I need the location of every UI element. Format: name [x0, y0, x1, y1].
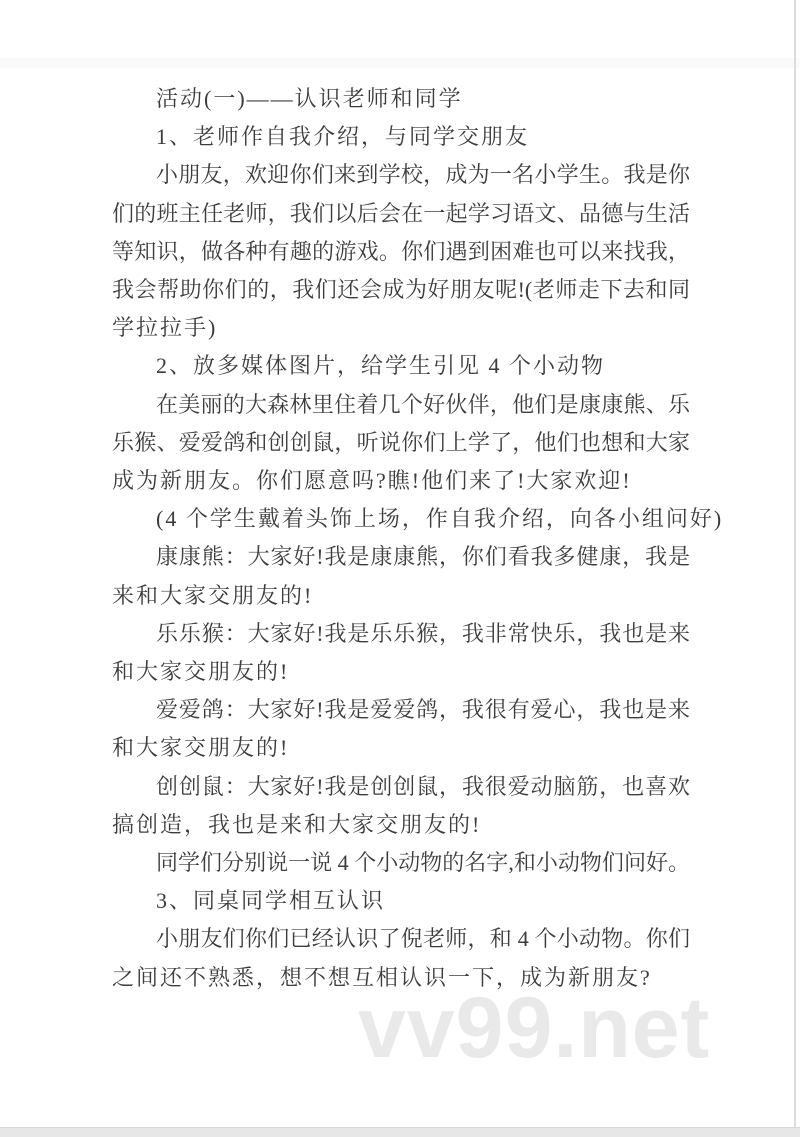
dialogue-line-dove: 爱爱鸽：大家好!我是爱爱鸽，我很有爱心，我也是来 [112, 691, 690, 729]
text-line: 和大家交朋友的! [112, 729, 690, 767]
text-line: 和大家交朋友的! [112, 653, 690, 691]
dialogue-line-mouse: 创创鼠：大家好!我是创创鼠，我很爱动脑筋，也喜欢 [112, 768, 690, 806]
page-bottom-strip [0, 1127, 800, 1137]
document-page: 活动(一)——认识老师和同学 1、老师作自我介绍，与同学交朋友 小朋友，欢迎你们… [0, 0, 800, 1137]
text-line: 同学们分别说一说 4 个小动物的名字,和小动物们问好。 [112, 844, 690, 882]
text-line: 乐猴、爱爱鸽和创创鼠，听说你们上学了，他们也想和大家 [112, 424, 690, 462]
text-line: 小朋友，欢迎你们来到学校，成为一名小学生。我是你 [112, 156, 690, 194]
scan-artifact-band [0, 58, 800, 68]
text-line: 我会帮助你们的，我们还会成为好朋友呢!(老师走下去和同 [112, 271, 690, 309]
text-line: 小朋友们你们已经认识了倪老师，和 4 个小动物。你们 [112, 920, 690, 958]
dialogue-line-monkey: 乐乐猴：大家好!我是乐乐猴，我非常快乐，我也是来 [112, 615, 690, 653]
step-3-heading-line: 3、同桌同学相互认识 [112, 882, 690, 920]
step-2-heading-line: 2、放多媒体图片，给学生引见 4 个小动物 [112, 347, 690, 385]
stage-direction-line: (4 个学生戴着头饰上场，作自我介绍，向各小组问好) [112, 500, 690, 538]
dialogue-line-bear: 康康熊：大家好!我是康康熊，你们看我多健康，我是 [112, 538, 690, 576]
page-edge-right [794, 0, 796, 1127]
text-line: 等知识，做各种有趣的游戏。你们遇到困难也可以来找我， [112, 233, 690, 271]
text-line: 搞创造，我也是来和大家交朋友的! [112, 806, 690, 844]
text-line: 在美丽的大森林里住着几个好伙伴，他们是康康熊、乐 [112, 386, 690, 424]
step-1-heading-line: 1、老师作自我介绍，与同学交朋友 [112, 118, 690, 156]
text-line: 们的班主任老师，我们以后会在一起学习语文、品德与生活 [112, 195, 690, 233]
text-line: 来和大家交朋友的! [112, 577, 690, 615]
document-text-column: 活动(一)——认识老师和同学 1、老师作自我介绍，与同学交朋友 小朋友，欢迎你们… [112, 80, 690, 997]
text-line: 成为新朋友。你们愿意吗?瞧!他们来了!大家欢迎! [112, 462, 690, 500]
section-title-line: 活动(一)——认识老师和同学 [112, 80, 690, 118]
text-line: 学拉拉手) [112, 309, 690, 347]
site-watermark: vv99.net [358, 985, 710, 1071]
